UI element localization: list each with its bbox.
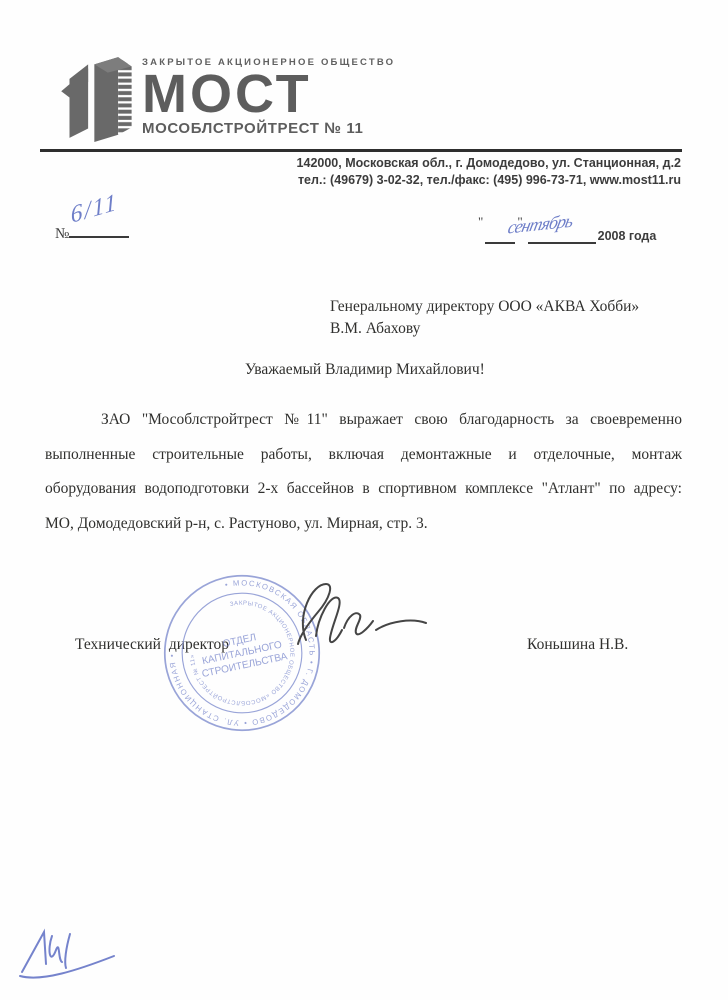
- body-line-3: оборудования водоподготовки 2-х бассейно…: [45, 472, 682, 507]
- address-line-1: 142000, Московская обл., г. Домодедово, …: [297, 155, 681, 172]
- director-signature-flourish: [278, 578, 433, 658]
- bottom-left-initials-mark: [14, 922, 129, 987]
- company-address-block: 142000, Московская обл., г. Домодедово, …: [297, 155, 681, 189]
- trust-name-label: МОСОБЛСТРОЙТРЕСТ № 11: [142, 120, 395, 137]
- body-line-2: выполненные строительные работы, включая…: [45, 438, 682, 473]
- letter-body: ЗАО "Мособлстройтрест №11" выражает свою…: [45, 403, 682, 541]
- logo-text-block: ЗАКРЫТОЕ АКЦИОНЕРНОЕ ОБЩЕСТВО МОСТ МОСОБ…: [142, 54, 395, 137]
- body-line-4: МО, Домодедовский р-н, с. Растуново, ул.…: [45, 507, 682, 542]
- recipient-position: Генеральному директору ООО «АКВА Хобби»: [330, 296, 639, 318]
- number-label: №: [55, 226, 69, 242]
- signer-name: Коньшина Н.В.: [527, 636, 628, 654]
- date-open-quote: ": [478, 216, 483, 228]
- address-line-2: тел.: (49679) 3-02-32, тел./факс: (495) …: [297, 172, 681, 189]
- body-line-1: ЗАО "Мособлстройтрест №11" выражает свою…: [45, 403, 682, 438]
- scanned-letter-page: ЗАКРЫТОЕ АКЦИОНЕРНОЕ ОБЩЕСТВО МОСТ МОСОБ…: [0, 0, 728, 1000]
- brand-name: МОСТ: [142, 69, 395, 119]
- letterhead-divider: [40, 149, 682, 152]
- recipient-name: В.М. Абахову: [330, 318, 639, 340]
- date-year-label: 2008 года: [598, 229, 657, 244]
- salutation: Уважаемый Владимир Михайлович!: [245, 361, 485, 379]
- building-11-logo-icon: [60, 54, 138, 142]
- company-logo: ЗАКРЫТОЕ АКЦИОНЕРНОЕ ОБЩЕСТВО МОСТ МОСОБ…: [60, 54, 395, 142]
- recipient-block: Генеральному директору ООО «АКВА Хобби» …: [330, 296, 639, 340]
